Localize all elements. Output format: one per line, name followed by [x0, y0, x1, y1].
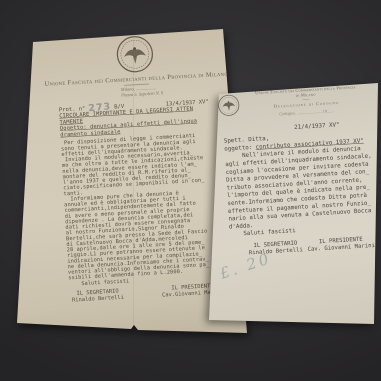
right-letter-body: Nell'inviare il modulo di denuncia agli … — [225, 144, 377, 231]
eagle-seal-icon — [115, 34, 155, 74]
right-letter-content: Unione Fascista dei Commercianti della P… — [217, 84, 379, 258]
right-letter: Unione Fascista dei Commercianti della P… — [209, 83, 378, 324]
photo-background: Unione Fascista dei Commercianti della P… — [0, 0, 381, 381]
right-letter-paper: Unione Fascista dei Commercianti della P… — [209, 83, 378, 324]
signature-secretary: IL SEGRETARIO Rinaldo Bertelli — [60, 287, 136, 304]
letterhead-divider — [303, 99, 310, 100]
right-letterhead: Unione Fascista dei Commercianti della P… — [217, 84, 370, 120]
protocol-stamp-number: 273 — [88, 103, 111, 112]
signature-president: IL PRESIDENTE Cav. Giovanni Marini — [304, 235, 379, 253]
eagle-seal-icon — [217, 94, 240, 117]
